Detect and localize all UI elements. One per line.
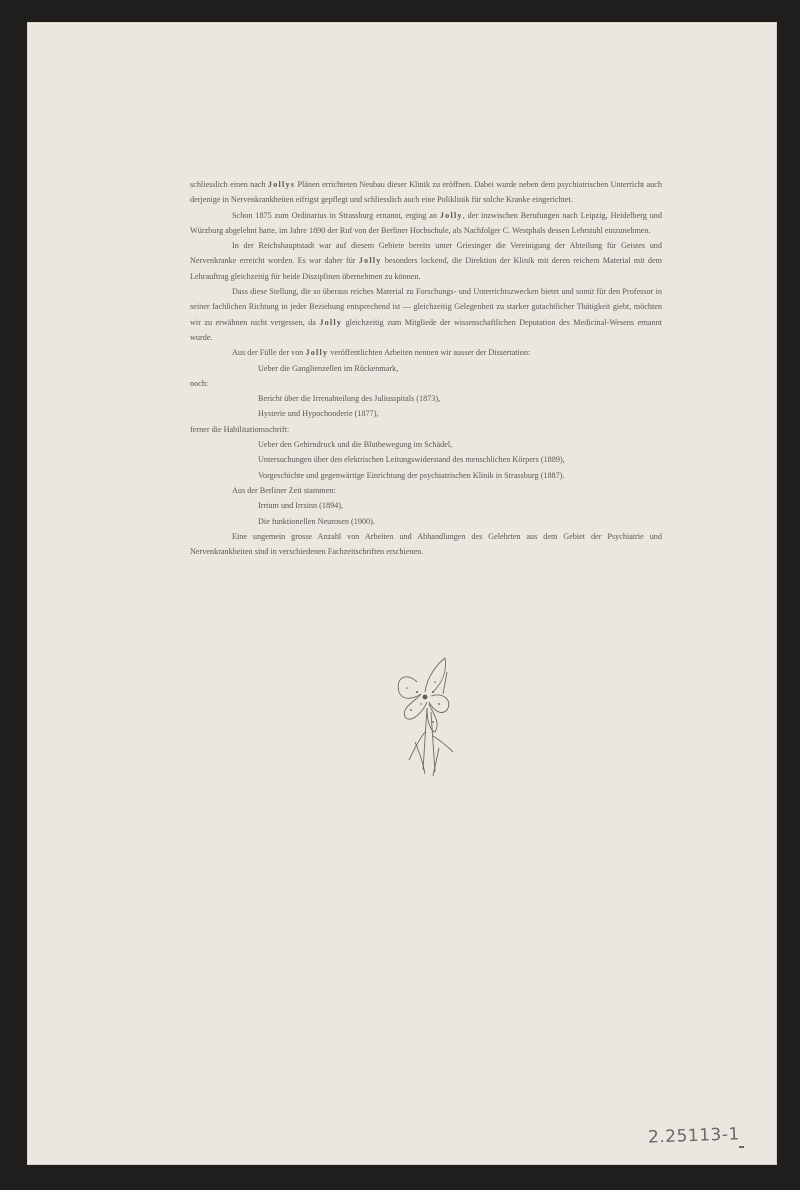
paragraph: Aus der Berliner Zeit stammen: (190, 483, 662, 498)
text-run: Aus der Berliner Zeit stammen: (232, 486, 336, 495)
person-name: Jolly (319, 318, 342, 327)
body-text: schliesslich einen nach Jollys Plänen er… (190, 177, 662, 559)
publication-item: Untersuchungen über den elektrischen Lei… (190, 452, 662, 467)
document-page: schliesslich einen nach Jollys Plänen er… (27, 22, 777, 1165)
paragraph: Dass diese Stellung, die so überaus reic… (190, 284, 662, 345)
text-run: Schon 1875 zum Ordinarius in Strassburg … (232, 211, 440, 220)
person-name: Jolly (305, 348, 328, 357)
text-run: Vorgeschichte und gegenwärtige Einrichtu… (258, 471, 565, 480)
text-run: Bericht über die Irrenabteilung des Juli… (258, 394, 440, 403)
text-run: Ueber die Ganglienzellen im Rückenmark, (258, 364, 398, 373)
paragraph: Schon 1875 zum Ordinarius in Strassburg … (190, 208, 662, 239)
text-run: noch: (190, 379, 208, 388)
text-run: Ueber den Gehirndruck und die Blutbewegu… (258, 440, 452, 449)
publication-item: Ueber die Ganglienzellen im Rückenmark, (190, 361, 662, 376)
person-name: Jolly (359, 256, 382, 265)
paragraph: schliesslich einen nach Jollys Plänen er… (190, 177, 662, 208)
text-run: Irrtum und Irrsinn (1894), (258, 501, 343, 510)
flower-ornament-icon (387, 652, 467, 782)
publication-item: Irrtum und Irrsinn (1894), (190, 498, 662, 513)
publication-item: Bericht über die Irrenabteilung des Juli… (190, 391, 662, 406)
text-run: Untersuchungen über den elektrischen Lei… (258, 455, 565, 464)
text-run: ferner die Habilitationsschrift: (190, 425, 289, 434)
text-run: Aus der Fülle der von (232, 348, 305, 357)
text-run: veröffentlichten Arbeiten nennen wir aus… (328, 348, 530, 357)
publication-item: Die funktionellen Neurosen (1900). (190, 514, 662, 529)
text-run: Die funktionellen Neurosen (1900). (258, 517, 375, 526)
paragraph: Aus der Fülle der von Jolly veröffentlic… (190, 345, 662, 360)
catalog-number: 2.25113-1 (648, 1124, 740, 1147)
paragraph: Eine ungemein grosse Anzahl von Arbeiten… (190, 529, 662, 560)
person-name: Jollys (268, 180, 295, 189)
publication-item: Hysterie und Hypochonderie (1877), (190, 406, 662, 421)
text-run: Eine ungemein grosse Anzahl von Arbeiten… (190, 532, 662, 556)
publication-item: Ueber den Gehirndruck und die Blutbewegu… (190, 437, 662, 452)
publication-item: Vorgeschichte und gegenwärtige Einrichtu… (190, 468, 662, 483)
person-name: Jolly (440, 211, 463, 220)
text-run: Hysterie und Hypochonderie (1877), (258, 409, 379, 418)
paragraph: noch: (190, 376, 662, 391)
text-run: schliesslich einen nach (190, 180, 268, 189)
pencil-mark (739, 1146, 744, 1148)
paragraph: In der Reichshauptstadt war auf diesem G… (190, 238, 662, 284)
paragraph: ferner die Habilitationsschrift: (190, 422, 662, 437)
